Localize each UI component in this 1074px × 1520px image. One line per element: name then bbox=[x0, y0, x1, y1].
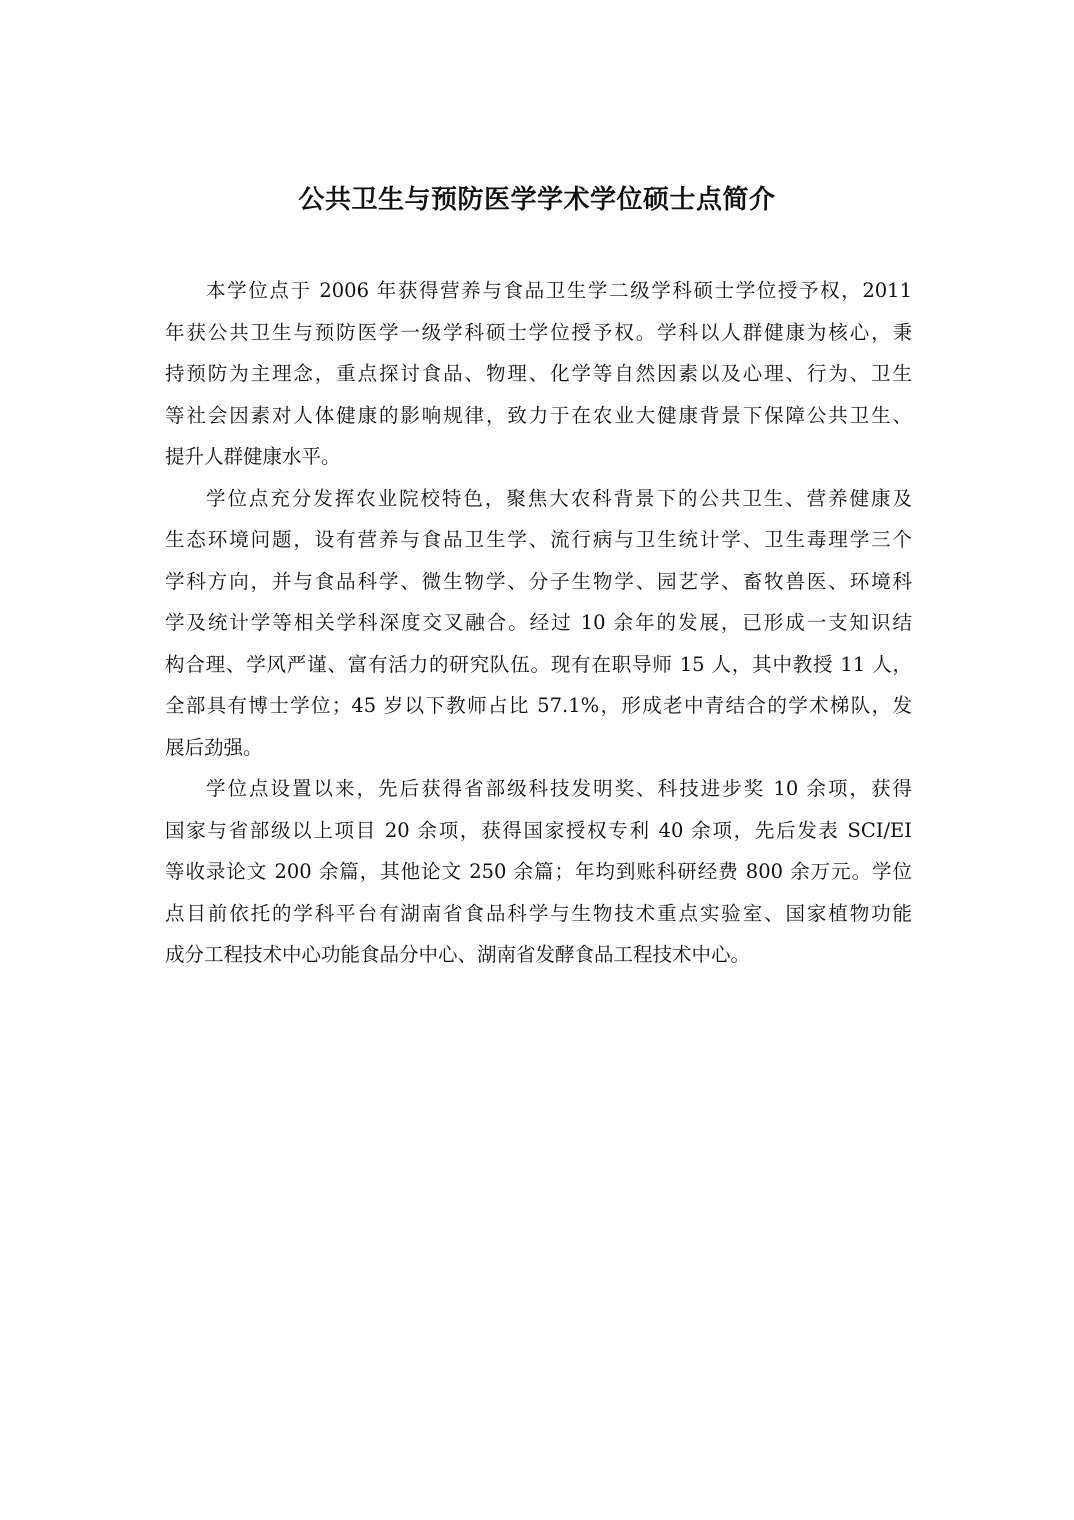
text-line: 学位点充分发挥农业院校特色，聚焦大农科背景下的公共卫生、营养健康及 bbox=[165, 478, 912, 520]
text-line: 等收录论文 200 余篇，其他论文 250 余篇；年均到账科研经费 800 余万… bbox=[165, 851, 912, 893]
document-body: 本学位点于 2006 年获得营养与食品卫生学二级学科硕士学位授予权，2011 年… bbox=[165, 270, 912, 976]
paragraph-3: 学位点设置以来，先后获得省部级科技发明奖、科技进步奖 10 余项，获得 国家与省… bbox=[165, 768, 912, 976]
text-line: 学位点设置以来，先后获得省部级科技发明奖、科技进步奖 10 余项，获得 bbox=[165, 768, 912, 810]
text-line: 国家与省部级以上项目 20 余项，获得国家授权专利 40 余项，先后发表 SCI… bbox=[165, 810, 912, 852]
paragraph-1: 本学位点于 2006 年获得营养与食品卫生学二级学科硕士学位授予权，2011 年… bbox=[165, 270, 912, 478]
text-line: 学科方向，并与食品科学、微生物学、分子生物学、园艺学、畜牧兽医、环境科 bbox=[165, 561, 912, 603]
text-line: 本学位点于 2006 年获得营养与食品卫生学二级学科硕士学位授予权，2011 bbox=[165, 270, 912, 312]
text-line: 构合理、学风严谨、富有活力的研究队伍。现有在职导师 15 人，其中教授 11 人… bbox=[165, 644, 912, 686]
text-line: 持预防为主理念，重点探讨食品、物理、化学等自然因素以及心理、行为、卫生 bbox=[165, 353, 912, 395]
text-line: 等社会因素对人体健康的影响规律，致力于在农业大健康背景下保障公共卫生、 bbox=[165, 395, 912, 437]
text-line: 生态环境问题，设有营养与食品卫生学、流行病与卫生统计学、卫生毒理学三个 bbox=[165, 519, 912, 561]
text-line: 展后劲强。 bbox=[165, 727, 912, 769]
text-line: 全部具有博士学位；45 岁以下教师占比 57.1%，形成老中青结合的学术梯队，发 bbox=[165, 685, 912, 727]
document-page: 公共卫生与预防医学学术学位硕士点简介 本学位点于 2006 年获得营养与食品卫生… bbox=[0, 0, 1074, 1520]
text-line: 点目前依托的学科平台有湖南省食品科学与生物技术重点实验室、国家植物功能 bbox=[165, 893, 912, 935]
paragraph-2: 学位点充分发挥农业院校特色，聚焦大农科背景下的公共卫生、营养健康及 生态环境问题… bbox=[165, 478, 912, 769]
text-line: 成分工程技术中心功能食品分中心、湖南省发酵食品工程技术中心。 bbox=[165, 934, 912, 976]
text-line: 学及统计学等相关学科深度交叉融合。经过 10 余年的发展，已形成一支知识结 bbox=[165, 602, 912, 644]
text-line: 提升人群健康水平。 bbox=[165, 436, 912, 478]
text-line: 年获公共卫生与预防医学一级学科硕士学位授予权。学科以人群健康为核心，秉 bbox=[165, 312, 912, 354]
document-title: 公共卫生与预防医学学术学位硕士点简介 bbox=[0, 180, 1074, 220]
